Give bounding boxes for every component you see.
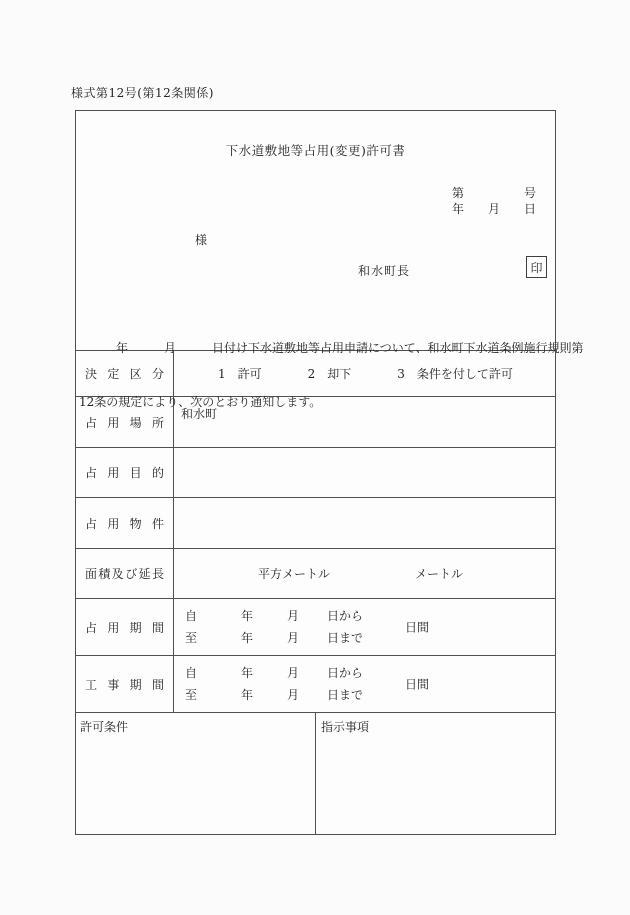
permit-document-box: 下水道敷地等占用(変更)許可書 第 号 年 月 日 様 和水町長 印 年 月 日… — [75, 110, 556, 835]
document-title: 下水道敷地等占用(変更)許可書 — [76, 141, 555, 159]
period-day-to-label: 日まで — [327, 627, 363, 649]
period-day-from-label: 日から — [327, 605, 363, 627]
table-row-object: 占用物件 — [76, 497, 555, 548]
document-page: 様式第12号(第12条関係) 下水道敷地等占用(変更)許可書 第 号 年 月 日… — [0, 0, 630, 915]
number-suffix: 号 — [524, 185, 536, 201]
construction-period-cell: 自 年 月 日から 至 年 月 日まで 日間 — [174, 656, 555, 712]
row-label-area-length: 面積及び延長 — [76, 549, 174, 598]
option-reject: 2 却下 — [308, 365, 352, 382]
row-label-text: 占用期間 — [85, 619, 164, 636]
instructions-label: 指示事項 — [321, 720, 369, 734]
table-row-area-length: 面積及び延長 平方メートル メートル — [76, 548, 555, 598]
place-value-cell: 和水町 — [174, 397, 555, 447]
occupation-period-cell: 自 年 月 日から 至 年 月 日まで 日間 — [174, 599, 555, 655]
issuer-title: 和水町長 — [358, 262, 410, 279]
period-duration-label: 日間 — [405, 676, 429, 693]
period-day-to-label: 日まで — [327, 684, 363, 706]
period-month-label: 月 — [287, 605, 299, 627]
number-prefix: 第 — [452, 185, 464, 201]
period-month-label: 月 — [287, 684, 299, 706]
row-label-object: 占用物件 — [76, 498, 174, 548]
period-from-line: 自 年 月 日から — [174, 605, 555, 627]
period-to-prefix: 至 — [185, 684, 197, 706]
form-number-label: 様式第12号(第12条関係) — [71, 84, 214, 101]
addressee-honorific: 様 — [195, 231, 207, 248]
permit-conditions-cell: 許可条件 — [76, 713, 316, 834]
row-label-text: 占用目的 — [85, 464, 164, 481]
table-row-occupation-period: 占用期間 自 年 月 日から 至 年 月 日まで 日間 — [76, 598, 555, 655]
decision-options-cell: 1 許可 2 却下 3 条件を付して許可 — [174, 351, 555, 396]
place-value: 和水町 — [181, 407, 217, 421]
document-header: 下水道敷地等占用(変更)許可書 第 号 年 月 日 様 和水町長 印 年 月 日… — [76, 111, 555, 350]
purpose-value-cell — [174, 448, 555, 497]
row-label-occupation-period: 占用期間 — [76, 599, 174, 655]
row-label-text: 面積及び延長 — [85, 565, 164, 582]
table-row-conditions-instructions: 許可条件 指示事項 — [76, 712, 555, 834]
table-row-purpose: 占用目的 — [76, 447, 555, 497]
option-conditional-permit: 3 条件を付して許可 — [397, 365, 513, 382]
period-from-prefix: 自 — [185, 605, 197, 627]
row-label-text: 占用物件 — [85, 515, 164, 532]
period-month-label: 月 — [287, 627, 299, 649]
period-to-line: 至 年 月 日まで — [174, 627, 555, 649]
table-row-construction-period: 工事期間 自 年 月 日から 至 年 月 日まで 日間 — [76, 655, 555, 712]
permit-conditions-label: 許可条件 — [80, 720, 128, 734]
period-duration-label: 日間 — [405, 619, 429, 636]
seal-mark: 印 — [526, 256, 547, 278]
period-year-label: 年 — [241, 605, 253, 627]
document-date-line: 年 月 日 — [452, 201, 536, 217]
document-number-block: 第 号 年 月 日 — [452, 185, 536, 217]
row-label-purpose: 占用目的 — [76, 448, 174, 497]
date-month-label: 月 — [488, 201, 500, 217]
object-value-cell — [174, 498, 555, 548]
unit-meters: メートル — [415, 565, 463, 582]
date-year-label: 年 — [452, 201, 464, 217]
period-to-line: 至 年 月 日まで — [174, 684, 555, 706]
unit-square-meters: 平方メートル — [258, 565, 330, 582]
period-year-label: 年 — [241, 627, 253, 649]
date-day-label: 日 — [524, 201, 536, 217]
period-from-prefix: 自 — [185, 662, 197, 684]
instructions-cell: 指示事項 — [316, 713, 555, 834]
period-day-from-label: 日から — [327, 662, 363, 684]
option-permit: 1 許可 — [218, 365, 262, 382]
period-from-line: 自 年 月 日から — [174, 662, 555, 684]
row-label-text: 工事期間 — [85, 676, 164, 693]
area-length-cell: 平方メートル メートル — [174, 549, 555, 598]
period-month-label: 月 — [287, 662, 299, 684]
row-label-construction-period: 工事期間 — [76, 656, 174, 712]
period-year-label: 年 — [241, 684, 253, 706]
period-to-prefix: 至 — [185, 627, 197, 649]
document-number-line: 第 号 — [452, 185, 536, 201]
period-year-label: 年 — [241, 662, 253, 684]
